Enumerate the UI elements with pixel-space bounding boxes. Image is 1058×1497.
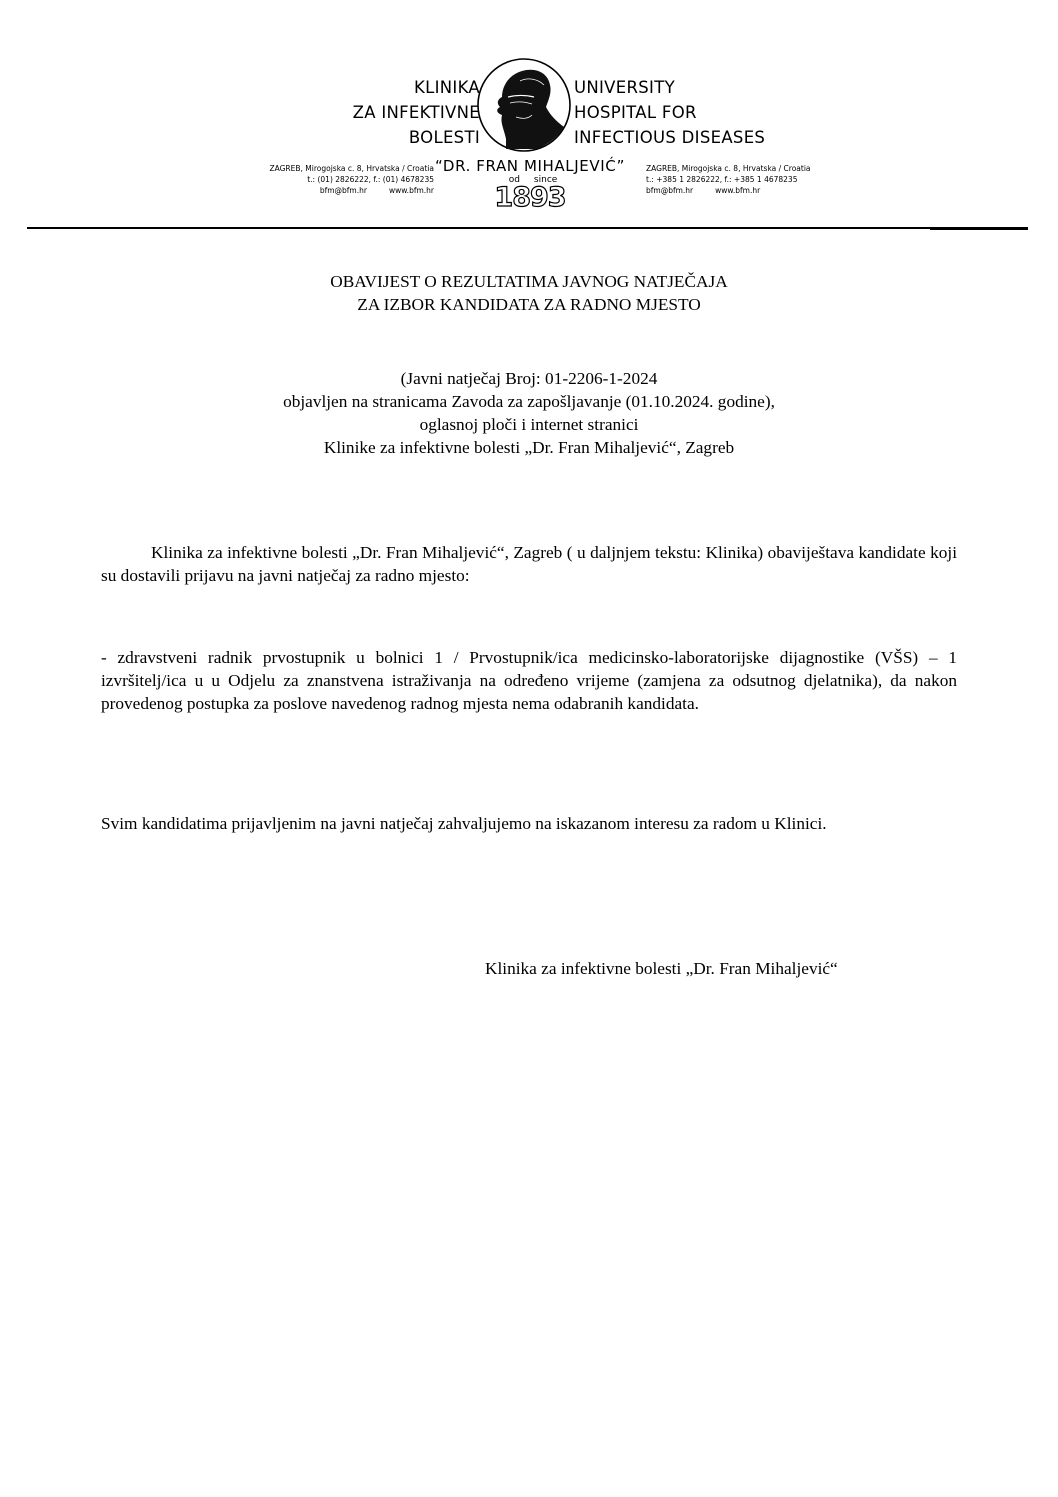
hospital-name-hr-line-3: BOLESTI (353, 125, 480, 150)
document-title: OBAVIJEST O REZULTATIMA JAVNOG NATJEČAJA… (0, 270, 1058, 316)
contact-block-croatian: ZAGREB, Mirogojska c. 8, Hrvatska / Croa… (269, 163, 434, 196)
address-hr: ZAGREB, Mirogojska c. 8, Hrvatska / Croa… (269, 163, 434, 174)
website-link-en[interactable]: www.bfm.hr (715, 186, 760, 195)
hospital-name-en-line-2: HOSPITAL FOR (574, 100, 765, 125)
reference-line-2: objavljen na stranicama Zavoda za zapošl… (0, 390, 1058, 413)
title-line-1: OBAVIJEST O REZULTATIMA JAVNOG NATJEČAJA (0, 270, 1058, 293)
hospital-name-en-line-1: UNIVERSITY (574, 75, 765, 100)
hospital-name-english: UNIVERSITY HOSPITAL FOR INFECTIOUS DISEA… (574, 75, 765, 150)
founding-year: 1893 (492, 183, 568, 213)
position-paragraph: - zdravstveni radnik prvostupnik u bolni… (101, 646, 957, 715)
hospital-name-croatian: KLINIKA ZA INFEKTIVNE BOLESTI (353, 75, 480, 150)
tender-reference: (Javni natječaj Broj: 01-2206-1-2024 obj… (0, 367, 1058, 459)
website-link-hr[interactable]: www.bfm.hr (389, 186, 434, 195)
web-row-hr: bfm@bfm.hrwww.bfm.hr (269, 185, 434, 196)
hospital-name-hr-line-2: ZA INFEKTIVNE (353, 100, 480, 125)
hospital-eponym: “DR. FRAN MIHALJEVIĆ” (420, 157, 640, 175)
web-row-en: bfm@bfm.hrwww.bfm.hr (646, 185, 811, 196)
hospital-name-hr-line-1: KLINIKA (353, 75, 480, 100)
reference-line-4: Klinike za infektivne bolesti „Dr. Fran … (0, 436, 1058, 459)
email-link-hr[interactable]: bfm@bfm.hr (320, 186, 367, 195)
header-divider (27, 227, 1028, 229)
hospital-name-en-line-3: INFECTIOUS DISEASES (574, 125, 765, 150)
signature: Klinika za infektivne bolesti „Dr. Fran … (485, 957, 838, 980)
thanks-paragraph: Svim kandidatima prijavljenim na javni n… (101, 812, 957, 835)
phone-en: t.: +385 1 2826222, f.: +385 1 4678235 (646, 174, 811, 185)
title-line-2: ZA IZBOR KANDIDATA ZA RADNO MJESTO (0, 293, 1058, 316)
portrait-medallion-icon (476, 57, 572, 153)
contact-block-english: ZAGREB, Mirogojska c. 8, Hrvatska / Croa… (646, 163, 811, 196)
phone-hr: t.: (01) 2826222, f.: (01) 4678235 (269, 174, 434, 185)
reference-line-3: oglasnoj ploči i internet stranici (0, 413, 1058, 436)
letterhead: KLINIKA ZA INFEKTIVNE BOLESTI UNIVERSITY… (0, 0, 1058, 230)
header-divider-accent (930, 227, 1028, 230)
email-link-en[interactable]: bfm@bfm.hr (646, 186, 693, 195)
reference-line-1: (Javni natječaj Broj: 01-2206-1-2024 (0, 367, 1058, 390)
intro-paragraph: Klinika za infektivne bolesti „Dr. Fran … (101, 541, 957, 587)
address-en: ZAGREB, Mirogojska c. 8, Hrvatska / Croa… (646, 163, 811, 174)
